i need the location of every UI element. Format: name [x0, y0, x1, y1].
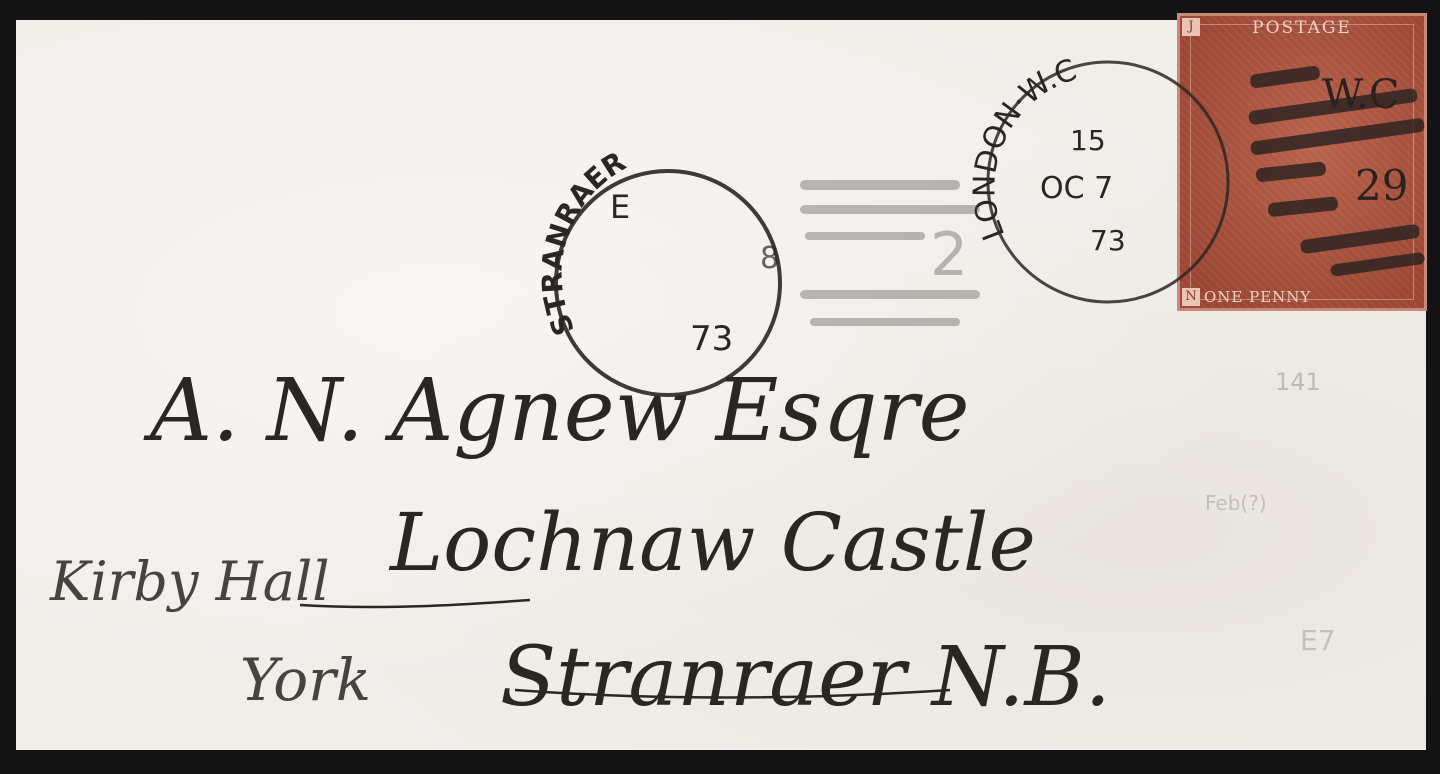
- london-postmark-arc-text: LONDON·W.C: [967, 53, 1081, 245]
- stranraer-postmark-town: STRANRAER: [535, 145, 631, 340]
- svg-text:2: 2: [930, 220, 968, 290]
- pencil-note-2: Feb(?): [1205, 491, 1267, 515]
- ink-overlay: W.C 29 LONDON·W.C 15 OC 7 73 2 E STRANRA…: [0, 0, 1440, 774]
- struck-address-line-2: York: [240, 646, 371, 714]
- address-line-2: Lochnaw Castle: [388, 496, 1036, 589]
- london-postmark-time: 15: [1070, 124, 1106, 157]
- stranraer-postmark-code: E: [610, 188, 630, 226]
- smudged-obliterator: 2: [800, 180, 980, 326]
- cancel-number-text: 29: [1355, 161, 1408, 210]
- pencil-note-3: E7: [1300, 624, 1336, 657]
- london-postmark-date: OC 7: [1040, 171, 1113, 206]
- stranraer-postmark-year: 73: [690, 319, 733, 359]
- london-postmark-year: 73: [1090, 224, 1126, 257]
- address-line-3: Stranraer N.B.: [500, 630, 1111, 725]
- address-line-1: A. N. Agnew Esqre: [143, 361, 970, 461]
- cancel-wc-text: W.C: [1322, 72, 1399, 118]
- stranraer-postmark-day: 8: [760, 241, 779, 276]
- struck-address-line-1: Kirby Hall: [49, 550, 330, 613]
- pencil-note-1: 141: [1275, 368, 1321, 396]
